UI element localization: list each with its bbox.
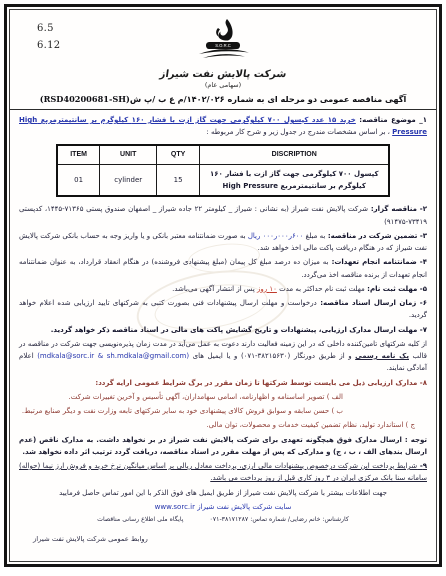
contact-emails: (mdkala@sorc.ir & sh.mdkala@gmail.com) bbox=[37, 352, 189, 360]
website-line: سایت شرکت پالایش نفت شیراز www.sorc.ir bbox=[19, 501, 427, 513]
clause-5-label: ۵- مهلت ثبت نام: bbox=[365, 285, 427, 293]
expert-contact: کارشناس: خانم رضایی/ شماره تماس: ۰۷۱-۳۸۱… bbox=[209, 516, 348, 523]
clause-9-label: ۹- bbox=[417, 462, 427, 470]
clause-4-performance-bond: ۴- ضمانتنامه انجام تعهدات: به میزان ده د… bbox=[19, 256, 427, 281]
flame-logo-icon: S.O.R.C bbox=[191, 18, 255, 68]
clause-3-pre: به مبلغ bbox=[303, 232, 325, 240]
document-header: S.O.R.C شرکت پالایش نفت شیراز (سهامی عام… bbox=[19, 18, 427, 104]
cell-unit: cylinder bbox=[100, 164, 157, 196]
clause-2-employer: ۲- مناقصه گزار: شرکت پالایش نفت شیراز (ب… bbox=[19, 203, 427, 228]
company-name-calligraphy: شرکت پالایش نفت شیراز bbox=[18, 69, 428, 80]
corner-note-1: 6.5 bbox=[37, 23, 60, 34]
header-divider bbox=[10, 109, 436, 110]
expert-label: کارشناس: خانم رضایی/ شماره تماس: bbox=[248, 516, 349, 523]
clause-8-item-a: الف ) تصویر اساسنامه و اظهارنامه، اسامی … bbox=[19, 391, 427, 403]
company-type-label: (سهامی عام) bbox=[19, 81, 427, 89]
page-inner-frame: 6.5 6.12 S.O.R.C شرکت پالایش نفت شیراز (… bbox=[9, 9, 437, 562]
clause-7-heading: ۷- مهلت ارسال مدارک ارزیابی، پیشنهادات و… bbox=[19, 324, 427, 336]
clause-7-mid: و از طریق دورنگار bbox=[290, 352, 355, 360]
col-header-item: ITEM bbox=[57, 145, 100, 165]
clause-9-text: شرایط پرداخت این شرکت درخصوص پیشنهادات م… bbox=[19, 462, 427, 482]
more-info-line: جهت اطلاعات بیشتر با شرکت پالایش نفت شیر… bbox=[19, 487, 427, 499]
handwritten-corner-notes: 6.5 6.12 bbox=[37, 23, 60, 57]
clause-2-text: شرکت پالایش نفت شیراز (به نشانی : شیراز … bbox=[19, 205, 427, 225]
attention-text: ارسال مدارک فوق هیچگونه تعهدی برای شرکت … bbox=[19, 436, 427, 456]
cell-item: 01 bbox=[57, 164, 100, 196]
clause-1-label: ۱_ موضوع مناقصه: bbox=[356, 116, 427, 124]
attention-note: توجه : ارسال مدارک فوق هیچگونه تعهدی برا… bbox=[19, 434, 427, 459]
clause-3-label: ۳- تضمین شرکت در مناقصه: bbox=[325, 232, 427, 240]
clause-7-mid2: و یا ایمیل های bbox=[189, 352, 241, 360]
notice-reference-code: (RSD40200681-SH) bbox=[40, 94, 130, 104]
logo-banner-text: S.O.R.C bbox=[215, 43, 231, 48]
cell-qty: 15 bbox=[156, 164, 199, 196]
public-relations-signature: روابط عمومی شرکت پالایش نفت شیراز bbox=[19, 528, 427, 543]
clause-1-rest: ، بر اساس مشخصات مندرج در جدول زیر و شرح… bbox=[206, 128, 392, 136]
official-letter-text: یک نامه رسمی bbox=[355, 352, 409, 360]
clause-8-item-c: ج ) استاندارد تولید، نظام تضمین کیفیت خد… bbox=[19, 419, 427, 431]
col-header-description: DISCRIPTION bbox=[200, 145, 390, 165]
table-header-row: ITEM UNIT QTY DISCRIPTION bbox=[57, 145, 390, 165]
clause-5-post: پس از انتشار آگهی می‌باشد. bbox=[172, 285, 257, 293]
clause-9-payment-terms: ۹- شرایط پرداخت این شرکت درخصوص پیشنهادا… bbox=[19, 460, 427, 485]
clause-3-guarantee: ۳- تضمین شرکت در مناقصه: به مبلغ ۶۰۰ر۰۰۰… bbox=[19, 230, 427, 255]
col-header-qty: QTY bbox=[156, 145, 199, 165]
company-logo: S.O.R.C شرکت پالایش نفت شیراز (سهامی عام… bbox=[19, 18, 427, 89]
clause-2-label: ۲- مناقصه گزار: bbox=[368, 205, 427, 213]
attention-label: توجه : bbox=[402, 436, 427, 444]
clause-8-item-b: ب ) حسن سابقه و سوابق فروش کالای پیشنهاد… bbox=[19, 405, 427, 417]
document-body: ۱_ موضوع مناقصه: خرید ۱۵ عدد کپسول ۷۰۰ ک… bbox=[19, 114, 427, 526]
clause-6-label: ۶- زمان ارسال اسناد مناقصه: bbox=[317, 299, 427, 307]
col-header-unit: UNIT bbox=[100, 145, 157, 165]
clause-6-documents-time: ۶- زمان ارسال اسناد مناقصه: درخواست و مه… bbox=[19, 297, 427, 322]
notice-title-text: آگهی مناقصه عمومی دو مرحله ای به شماره ۱… bbox=[130, 94, 406, 104]
guarantee-amount: ۶۰۰ر۰۰۰ر۰۰۰ ریال bbox=[248, 232, 303, 240]
notice-title: آگهی مناقصه عمومی دو مرحله ای به شماره ۱… bbox=[19, 94, 427, 104]
fax-number: (۰۷۱-۳۸۲۱۵۶۳۰) bbox=[241, 352, 290, 360]
clause-5-registration-deadline: ۵- مهلت ثبت نام: مهلت ثبت نام حداکثر به … bbox=[19, 283, 427, 295]
website-label: سایت شرکت پالایش نفت شیراز bbox=[195, 503, 291, 511]
registration-duration: ۱۰ روز bbox=[257, 285, 277, 293]
clause-5-pre: مهلت ثبت نام حداکثر به مدت bbox=[277, 285, 365, 293]
table-row: 01 cylinder 15 کپسول ۷۰۰ کیلوگرمی جهت گا… bbox=[57, 164, 390, 196]
corner-note-2: 6.12 bbox=[37, 40, 60, 51]
clause-8-heading: ۸- مدارک ارزیابی ذیل می بایست توسط شرکته… bbox=[19, 377, 427, 389]
clause-4-label: ۴- ضمانتنامه انجام تعهدات: bbox=[328, 258, 427, 266]
national-portal-label: پایگاه ملی اطلاع رسانی مناقصات bbox=[97, 516, 183, 523]
website-url: www.sorc.ir bbox=[155, 503, 195, 511]
portal-expert-line: کارشناس: خانم رضایی/ شماره تماس: ۰۷۱-۳۸۱… bbox=[19, 515, 427, 526]
expert-phone: ۰۷۱-۳۸۱۷۱۲۸۷ bbox=[209, 516, 248, 523]
clause-7-body: از کلیه شرکتهای تامین‌کننده داخلی که در … bbox=[19, 338, 427, 375]
page-border-frame: 6.5 6.12 S.O.R.C شرکت پالایش نفت شیراز (… bbox=[4, 4, 442, 567]
tender-items-table: ITEM UNIT QTY DISCRIPTION 01 cylinder 15… bbox=[56, 144, 391, 198]
clause-1-subject: ۱_ موضوع مناقصه: خرید ۱۵ عدد کپسول ۷۰۰ ک… bbox=[19, 114, 427, 139]
cell-description: کپسول ۷۰۰ کیلوگرمی جهت گاز ازت با فشار ۱… bbox=[200, 164, 390, 196]
